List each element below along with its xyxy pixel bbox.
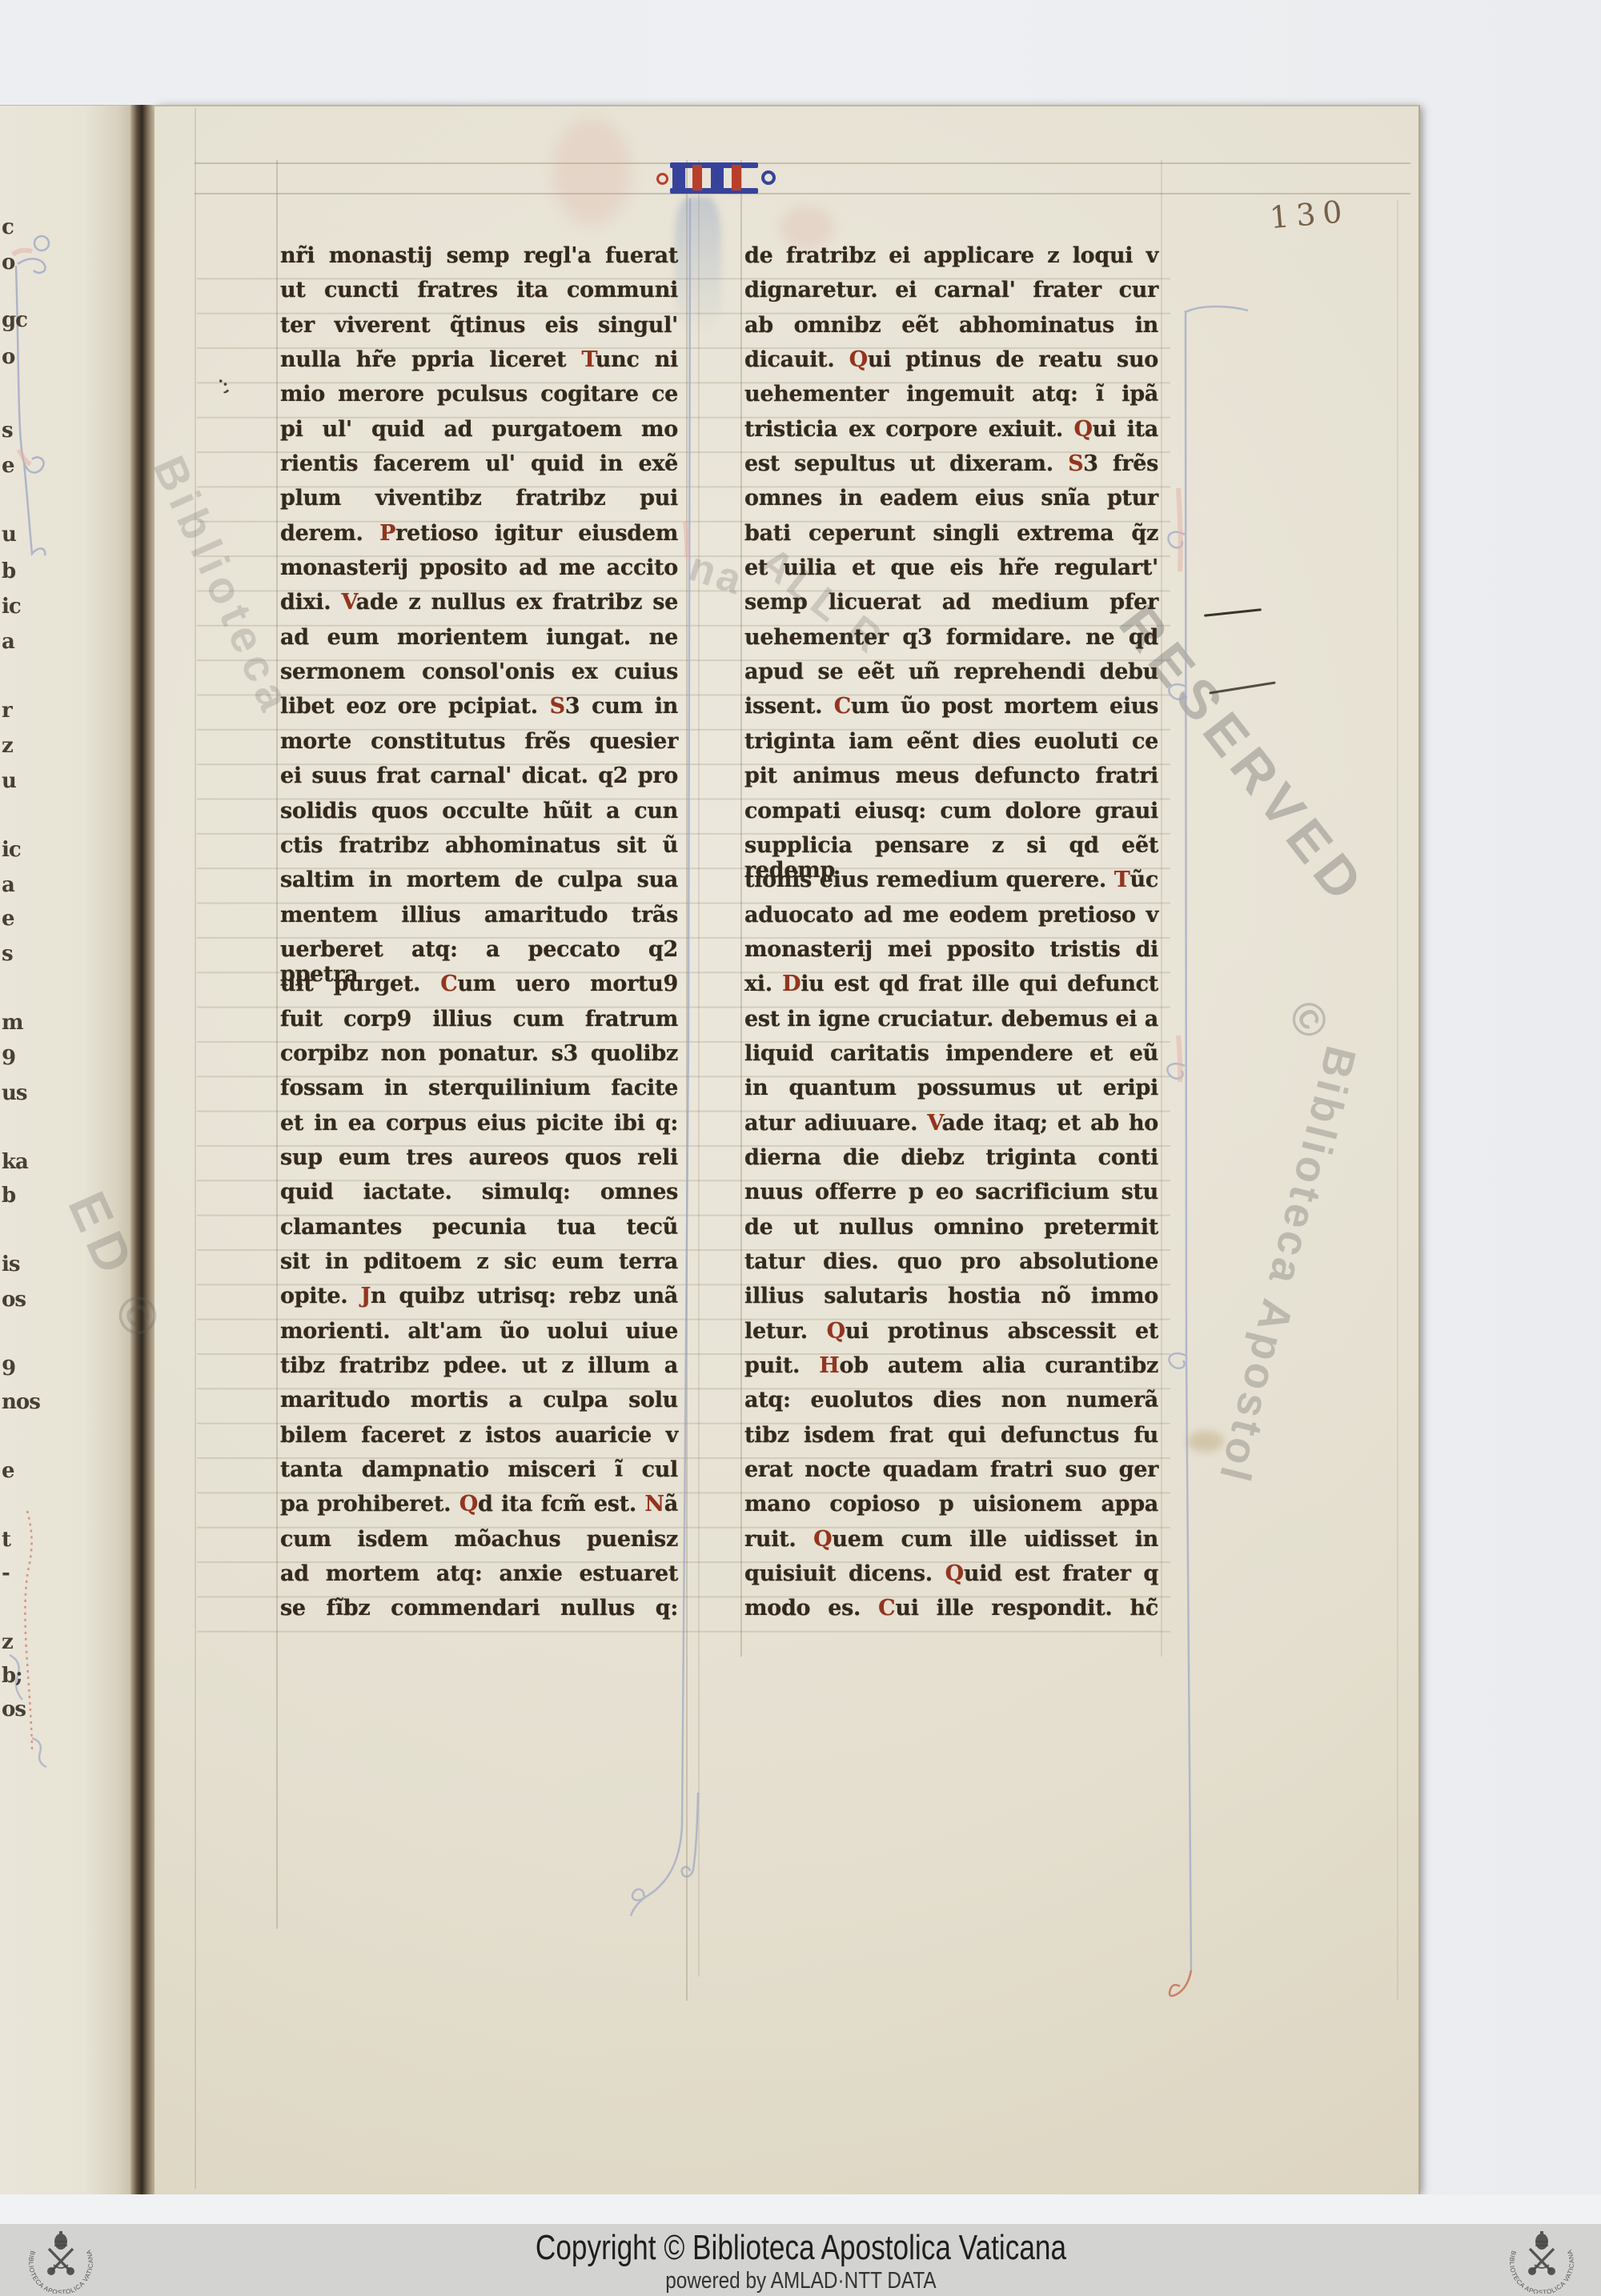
clipped-text-fragment: 9 (2, 1356, 15, 1380)
folio-number: 130 (1268, 194, 1350, 236)
manuscript-text-line: mio merore pculsus cogitare ce (280, 382, 678, 416)
manuscript-text-line: bati ceperunt singli extrema q̃z (744, 521, 1158, 555)
clipped-text-fragment: t (2, 1528, 10, 1552)
svg-text:BIBLIOTECA APOSTOLICA VATICANA: BIBLIOTECA APOSTOLICA VATICANA (27, 2249, 94, 2294)
clipped-text-fragment: gc (2, 308, 27, 332)
manuscript-text-line: tibz fratribz pdee. ut z illum a (280, 1353, 678, 1388)
manuscript-text-line: saltim in mortem de culpa sua (280, 868, 678, 902)
clipped-text-fragment: u (2, 769, 16, 793)
rubricated-initial: P (379, 521, 395, 546)
manuscript-text-line: erat nocte quadam fratri suo ger (744, 1457, 1158, 1492)
manuscript-text-line: ei suus frat carnal' dicat. q2 pro (280, 763, 678, 798)
ruling-vertical-gutter-1 (686, 160, 688, 2001)
manuscript-text-line: triginta iam eẽnt dies euoluti ce (744, 729, 1158, 763)
manuscript-text-line: est in igne cruciatur. debemus ei a (744, 1007, 1158, 1041)
manuscript-text-line: liquid caritatis impendere et eũ (744, 1041, 1158, 1076)
clipped-text-fragment: o (2, 345, 14, 369)
manuscript-text-line: libet eoz ore pcipiat. S3 cum in (280, 694, 678, 728)
manuscript-text-line: nr̃i monastij semp regl'a fuerat (280, 243, 678, 278)
manuscript-text-line: se fĩbz commendari nullus q: (280, 1596, 678, 1630)
manuscript-text-line: solidis quos occulte hũit a cun (280, 799, 678, 833)
manuscript-text-line: dierna die diebz triginta conti (744, 1145, 1158, 1180)
manuscript-text-line: ad mortem atq: anxie estuaret (280, 1561, 678, 1596)
manuscript-text-line: quid iactate. simulq: omnes (280, 1180, 678, 1214)
ornament-bar-red-2 (732, 165, 741, 190)
manuscript-text-line: pit animus meus defuncto fratri (744, 763, 1158, 798)
clipped-text-fragment: 9 (2, 1046, 15, 1070)
manuscript-text-line: ctis fratribz abhominatus sit ũ (280, 833, 678, 868)
manuscript-text-line: morte constitutus frẽs quesier (280, 729, 678, 763)
manuscript-text-line: tristicia ex corpore exiuit. Qui ita (744, 417, 1158, 451)
manuscript-text-line: modo es. Cui ille respondit. hc̃ (744, 1596, 1158, 1630)
svg-text:BIBLIOTECA APOSTOLICA VATICANA: BIBLIOTECA APOSTOLICA VATICANA (1508, 2249, 1575, 2294)
rubricated-initial: Q (459, 1492, 478, 1517)
rubricated-initial: C (834, 694, 851, 719)
vatican-library-emblem-left: BIBLIOTECA APOSTOLICA VATICANA (22, 2230, 99, 2294)
manuscript-text-line: dicauit. Qui ptinus de reatu suo (744, 347, 1158, 382)
ornament-bar-blue-1 (672, 162, 685, 194)
rubricated-initial: Q (945, 1561, 964, 1586)
rubricated-initial: H (819, 1353, 839, 1378)
manuscript-text-line: corpibz non ponatur. s3 quolibz (280, 1041, 678, 1076)
manuscript-text-line: derem. Pretioso igitur eiusdem (280, 521, 678, 555)
manuscript-text-line: uit purget. Cum uero mortu9 (280, 972, 678, 1006)
rubricated-initial: S (550, 694, 565, 719)
manuscript-text-line: semp licuerat ad medium pfer (744, 590, 1158, 624)
clipped-text-fragment: os (2, 1288, 26, 1312)
rubricated-initial: C (878, 1596, 895, 1621)
ruling-vertical-margin (195, 108, 196, 2189)
clipped-text-fragment: e (2, 907, 14, 931)
clipped-text-fragment: z (2, 734, 13, 758)
manuscript-text-line: puit. Hob autem alia curantibz (744, 1353, 1158, 1388)
clipped-text-fragment: us (2, 1081, 27, 1105)
rubricated-initial: D (782, 972, 800, 996)
manuscript-text-line: compati eiusq: cum dolore graui (744, 799, 1158, 833)
manuscript-text-line: ruit. Quem cum ille uidisset in (744, 1527, 1158, 1561)
book-gutter-shadow (130, 105, 154, 2194)
clipped-text-fragment: b (2, 1184, 15, 1208)
rubricated-initial: N (644, 1492, 664, 1517)
ruling-line-top-1 (195, 162, 1410, 164)
rubricated-initial: V (341, 590, 355, 615)
clipped-text-fragment: - (2, 1561, 10, 1585)
ruling-vertical-gutter-2 (698, 160, 700, 1977)
ruling-vertical-col1-left (276, 160, 278, 1929)
manuscript-text-line: uerberet atq: a peccato q2 ppetra (280, 937, 678, 972)
manuscript-text-line: issent. Cum ũo post mortem eius (744, 694, 1158, 728)
rubricated-initial: S (1068, 451, 1083, 476)
text-column-left: nr̃i monastij semp regl'a fueratut cunct… (280, 243, 678, 1631)
manuscript-text-line: in quantum possumus ut eripi (744, 1076, 1158, 1110)
rubricated-initial: Q (827, 1319, 845, 1344)
manuscript-text-line: ab omnibz eẽt abhominatus in (744, 313, 1158, 347)
clipped-text-fragment: b (2, 559, 15, 583)
rubricated-initial: J (361, 1284, 371, 1308)
manuscript-text-line: fuit corp9 illius cum fratrum (280, 1007, 678, 1041)
manuscript-text-line: atur adiuuare. Vade itaq; et ab ho (744, 1111, 1158, 1145)
manuscript-text-line: pa prohiberet. Qd ita fcm̃ est. Nã (280, 1492, 678, 1526)
manuscript-text-line: mano copioso p uisionem appa (744, 1492, 1158, 1526)
clipped-text-fragment: ic (2, 595, 21, 619)
clipped-text-fragment: e (2, 454, 14, 478)
manuscript-text-line: supplicia pensare z si qd eẽt redemp (744, 833, 1158, 868)
rubricated-initial: Q (849, 347, 868, 372)
ruling-vertical-col2-right (1161, 160, 1162, 1657)
manuscript-text-line: de ut nullus omnino pretermit (744, 1215, 1158, 1249)
manuscript-text-line: rientis facerem ul' quid in exẽ (280, 451, 678, 486)
manuscript-text-line: cum isdem mõachus puenisz (280, 1527, 678, 1561)
manuscript-text-line: illius salutaris hostia nõ immo (744, 1284, 1158, 1318)
clipped-text-fragment: z (2, 1630, 13, 1654)
manuscript-text-line: plum viventibz fratribz pui (280, 486, 678, 520)
scan-bottom-strip (0, 2194, 1601, 2224)
manuscript-text-line: mentem illius amaritudo trãs (280, 903, 678, 937)
manuscript-text-line: omnes in eadem eius snĩa ptur (744, 486, 1158, 520)
clipped-text-fragment: a (2, 873, 14, 897)
manuscript-text-line: xi. Diu est qd frat ille qui defunct (744, 972, 1158, 1006)
rubricated-initial: V (927, 1111, 941, 1136)
previous-folio-edge: cogcoseubicarzuicaesm9uskabisos9noset-zb… (0, 105, 130, 2195)
manuscript-text-line: uehementer q3 formidare. ne qd (744, 625, 1158, 659)
ornament-red-ring (656, 173, 668, 185)
manuscript-text-line: tanta dampnatio misceri ĩ cul (280, 1457, 678, 1492)
clipped-text-fragment: os (2, 1697, 26, 1721)
manuscript-text-line: letur. Qui protinus abscessit et (744, 1319, 1158, 1353)
manuscript-text-line: dignaretur. ei carnal' frater cur (744, 278, 1158, 312)
manuscript-text-line: ut cuncti fratres ita communi (280, 278, 678, 312)
ruling-line-top-2 (195, 193, 1410, 194)
manuscript-text-line: pi ul' quid ad purgatoem mo (280, 417, 678, 451)
manuscript-text-line: quisiuit dicens. Quid est frater q (744, 1561, 1158, 1596)
manuscript-text-line: uehementer ingemuit atq: ĩ ipã (744, 382, 1158, 416)
manuscript-text-line: monasterij pposito ad me accito (280, 555, 678, 590)
ornament-bar-red-1 (692, 165, 702, 190)
rubricated-initial: T (581, 347, 595, 372)
clipped-text-fragment: o (2, 250, 14, 274)
manuscript-text-line: dixi. Vade z nullus ex fratribz se (280, 590, 678, 624)
manuscript-text-line: bilem faceret z istos auaricie v (280, 1423, 678, 1457)
manuscript-text-line: monasterij mei pposito tristis di (744, 937, 1158, 972)
clipped-text-fragment: r (2, 699, 12, 723)
rubricated-initial: Q (1074, 417, 1093, 442)
clipped-text-fragment: s (2, 942, 13, 966)
page-fold-line (1397, 200, 1398, 2001)
manuscript-text-line: tibz isdem frat qui defunctus fu (744, 1423, 1158, 1457)
manuscript-text-line: atq: euolutos dies non numerã (744, 1388, 1158, 1422)
manuscript-text-line: sup eum tres aureos quos reli (280, 1145, 678, 1180)
ruling-vertical-col2-left (740, 160, 742, 1657)
clipped-text-fragment: m (2, 1011, 23, 1035)
clipped-text-fragment: e (2, 1459, 14, 1483)
manuscript-text-line: ad eum morientem iungat. ne (280, 625, 678, 659)
clipped-text-fragment: s (2, 419, 13, 443)
clipped-text-fragment: nos (2, 1390, 40, 1414)
ornament-blue-ring (761, 170, 776, 185)
rubricated-initial: Q (813, 1527, 832, 1552)
clipped-text-fragment: is (2, 1252, 20, 1276)
manuscript-text-line: et in ea corpus eius picite ibi q: (280, 1111, 678, 1145)
manuscript-text-line: fossam in sterquilinium facite (280, 1076, 678, 1110)
manuscript-text-line: clamantes pecunia tua tecũ (280, 1215, 678, 1249)
footer-copyright: Copyright © Biblioteca Apostolica Vatica… (0, 2228, 1601, 2268)
clipped-text-fragment: a (2, 630, 14, 654)
clipped-text-fragment: u (2, 523, 16, 547)
manuscript-text-line: sit in pditoem z sic eum terra (280, 1249, 678, 1284)
chapter-numeral-ornament (656, 160, 776, 198)
rubricated-initial: C (440, 972, 457, 996)
manuscript-text-line: morienti. alt'am ũo uolui uiue (280, 1319, 678, 1353)
footer-powered-by: powered by AMLAD·NTT DATA (0, 2268, 1601, 2294)
manuscript-scan-page: cogcoseubicarzuicaesm9uskabisos9noset-zb… (0, 0, 1601, 2296)
manuscript-text-line: tatur dies. quo pro absolutione (744, 1249, 1158, 1284)
manuscript-text-line: apud se eẽt uñ reprehendi debu (744, 659, 1158, 694)
manuscript-text-line: est sepultus ut dixeram. S3 frẽs (744, 451, 1158, 486)
manuscript-text-line: de fratribz ei applicare z loqui v (744, 243, 1158, 278)
clipped-text-fragment: ka (2, 1150, 28, 1174)
manuscript-text-line: sermonem consol'onis ex cuius (280, 659, 678, 694)
vatican-library-emblem-right: BIBLIOTECA APOSTOLICA VATICANA (1503, 2230, 1580, 2294)
manuscript-text-line: nulla hr̃e ppria liceret Tunc ni (280, 347, 678, 382)
text-column-right: de fratribz ei applicare z loqui vdignar… (744, 243, 1158, 1631)
manuscript-text-line: maritudo mortis a culpa solu (280, 1388, 678, 1422)
manuscript-text-line: nuus offerre p eo sacrificium stu (744, 1180, 1158, 1214)
manuscript-text-line: et uilia et que eis hr̃e regulart' (744, 555, 1158, 590)
ornament-bar-blue-2 (711, 162, 724, 194)
manuscript-text-line: ter viverent q̃tinus eis singul' (280, 313, 678, 347)
rubricated-initial: T (1114, 868, 1130, 892)
manuscript-text-line: tionis eius remedium querere. Tũc (744, 868, 1158, 902)
clipped-text-fragment: c (2, 215, 14, 239)
clipped-text-fragment: ic (2, 838, 21, 862)
manuscript-text-line: aduocato ad me eodem pretioso v (744, 903, 1158, 937)
clipped-text-fragment: b; (2, 1664, 22, 1688)
manuscript-text-line: opite. Jn quibz utrisq: rebz unã (280, 1284, 678, 1318)
